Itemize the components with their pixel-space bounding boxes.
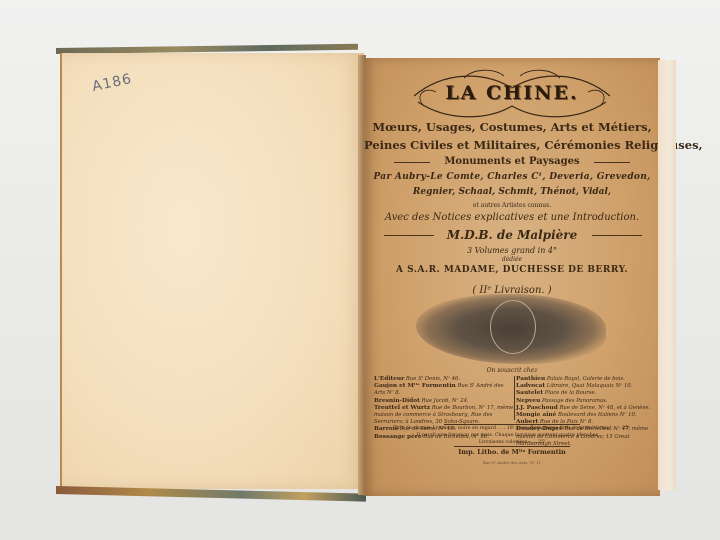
- addresses-left-column: L'Editeur Rue Sᵗ Denis, Nᵒ 46. Gaujon et…: [374, 376, 514, 441]
- author-name: M.D.B. de Malpière: [364, 228, 660, 242]
- address-entry: Panthieu Palais Royal, Galerie de bois.: [516, 376, 654, 383]
- price-line-2: Il paraît une livraison par mois. Chaque…: [364, 433, 660, 438]
- dedicatee-line: A S.A.R. MADAME, DUCHESSE DE BERRY.: [364, 265, 660, 275]
- price-line-3: Livraisons coloriées . . . 25ᶠ: [364, 440, 660, 445]
- subtitle-line-1: Mœurs, Usages, Costumes, Arts et Métiers…: [364, 120, 660, 134]
- address-entry: Nepveu Passage des Panoramas.: [516, 398, 654, 405]
- subtitle-line-2: Peines Civiles et Militaires, Cérémonies…: [364, 138, 660, 152]
- shelfmark-handwritten: A186: [91, 71, 134, 95]
- medallion-emblem-icon: [490, 300, 536, 354]
- printer-address: Rue Sᵗ André des Arts, Nᵒ 11: [364, 460, 660, 465]
- address-entry: Sautelet Place de la Bourse.: [516, 390, 654, 397]
- column-divider: [514, 376, 515, 420]
- divider: [444, 424, 580, 425]
- other-artists: et autres Artistes connus.: [364, 202, 660, 209]
- printer-line: Imp. Litho. de Mˡˡᵉ Formentin: [364, 448, 660, 456]
- divider: [394, 162, 430, 163]
- artists-line-2: Regnier, Schaal, Schmit, Thénot, Vidal,: [364, 187, 660, 197]
- address-entry: Gaujon et Mˡˡᵉ Formentin Rue Sᵗ André de…: [374, 383, 514, 397]
- open-book: A186 LA CHINE. Mœurs, Usages, Costumes, …: [0, 0, 720, 540]
- address-entry: Ladvocat Libraire, Quai Malaquais Nᵒ 10.: [516, 383, 654, 390]
- divider: [454, 446, 570, 447]
- volumes-line: 3 Volumes grand in 4°: [364, 246, 660, 255]
- address-entry: Bresnin-Didot Rue Jacob, Nᵒ 24.: [374, 398, 514, 405]
- notices-line: Avec des Notices explicatives et une Int…: [364, 212, 660, 223]
- artists-line-1: Par Aubry-Le Comte, Charles Cᵗ, Deveria,…: [364, 172, 660, 182]
- left-flyleaf-page: A186: [60, 53, 364, 489]
- title-page: LA CHINE. Mœurs, Usages, Costumes, Arts …: [364, 58, 660, 496]
- address-entry: J.J. Paschoud Rue de Seine, Nᵒ 48, et à …: [516, 405, 654, 412]
- page-fore-edge: [658, 60, 676, 490]
- price-line-1: Prix de chaque Livraison, noire en regar…: [364, 426, 660, 431]
- on-souscrit-line: On souscrit chez: [364, 367, 660, 374]
- dedicated-line: dédiée: [364, 256, 660, 263]
- book-title: LA CHINE.: [364, 82, 660, 104]
- address-entry: Mongie ainé Boulevard des Italiens Nᵒ 10…: [516, 412, 654, 419]
- divider: [594, 162, 630, 163]
